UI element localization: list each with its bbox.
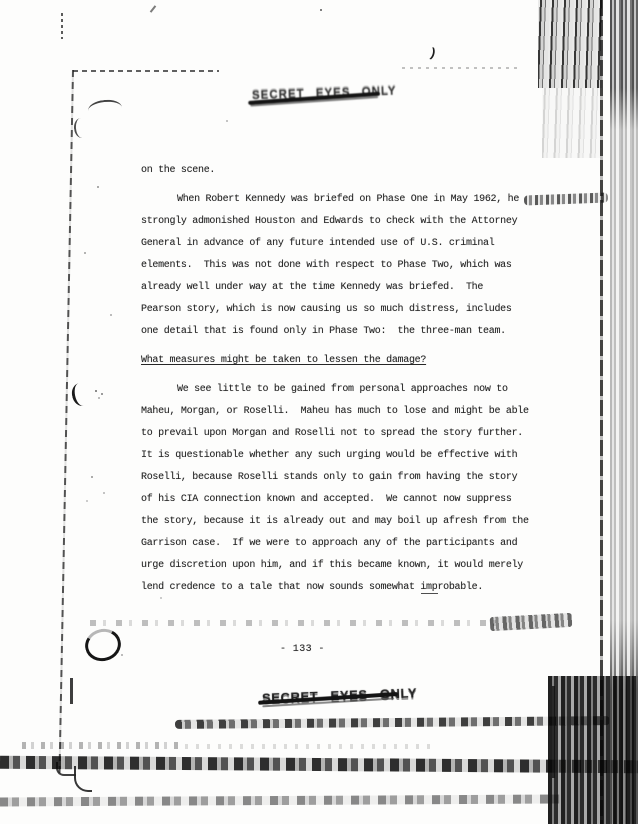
text-line — [141, 182, 561, 189]
text-line: We see little to be gained from personal… — [141, 379, 561, 401]
scan-mark-top-left — [61, 13, 63, 39]
text-line: the story, because it is already out and… — [141, 511, 561, 533]
scan-dot — [320, 9, 322, 11]
scan-band-fade — [610, 0, 638, 824]
classification-stamp-bottom: SECRET EYES ONLY — [262, 685, 418, 705]
scan-noise-right-upper — [542, 88, 600, 158]
page-edge-top-line-right — [402, 67, 518, 69]
page-edge-left-line — [58, 70, 74, 775]
text-line — [141, 343, 561, 350]
scan-tick-bottom-left — [70, 678, 73, 704]
scan-dots-bottom-mid — [185, 744, 435, 749]
margin-dots — [95, 390, 97, 392]
scan-scribble-bottom — [175, 716, 610, 729]
scan-noise-top-right — [538, 0, 602, 88]
classification-stamp-top: SECRET EYES ONLY — [252, 86, 397, 103]
scan-band-right-edge — [610, 0, 638, 824]
scan-dots-bottom-left — [22, 742, 182, 749]
page-number: - 133 - — [280, 644, 325, 655]
scan-speckles — [97, 186, 99, 188]
text-line: lend credence to a tale that now sounds … — [141, 577, 561, 599]
text-line: It is questionable whether any such urgi… — [141, 445, 561, 467]
scan-streak-middle — [90, 620, 502, 626]
margin-circle-mark — [81, 625, 124, 665]
text-line — [141, 372, 561, 379]
scan-streak-right-2 — [490, 613, 573, 631]
text-line: one detail that is found only in Phase T… — [141, 321, 561, 343]
text-line: elements. This was not done with respect… — [141, 255, 561, 277]
text-line: already well under way at the time Kenne… — [141, 277, 561, 299]
text-line: on the scene. — [141, 160, 561, 182]
margin-c-mark — [70, 381, 92, 407]
text-line: Maheu, Morgan, or Roselli. Maheu has muc… — [141, 401, 561, 423]
corner-paren-mark: ) — [429, 45, 437, 61]
page-edge-bottom-corner — [56, 762, 76, 776]
scan-vertical-line-bottom — [552, 686, 555, 778]
scan-band-bottom-2 — [0, 795, 560, 807]
page-edge-top-line — [73, 70, 219, 72]
document-body: on the scene.When Robert Kennedy was bri… — [141, 160, 561, 599]
scan-tick — [150, 5, 157, 13]
pen-arc-mark — [87, 98, 123, 119]
pen-curve-mark — [73, 117, 90, 138]
text-line: Garrison case. If we were to approach an… — [141, 533, 561, 555]
text-line: strongly admonished Houston and Edwards … — [141, 211, 561, 233]
text-line: Pearson story, which is now causing us s… — [141, 299, 561, 321]
text-line: General in advance of any future intende… — [141, 233, 561, 255]
text-line: What measures might be taken to lessen t… — [141, 350, 561, 372]
text-line: of his CIA connection known and accepted… — [141, 489, 561, 511]
scan-vertical-line-right — [600, 0, 603, 824]
scanned-document-page: ) SECRET EYES ONLY on the scene.When Rob… — [0, 0, 638, 824]
text-line: When Robert Kennedy was briefed on Phase… — [141, 189, 561, 211]
text-line: urge discretion upon him, and if this be… — [141, 555, 561, 577]
scan-blob-bottom-right — [548, 676, 638, 824]
margin-hook-mark — [74, 766, 92, 792]
text-line: to prevail upon Morgan and Roselli not t… — [141, 423, 561, 445]
text-line: Roselli, because Roselli stands only to … — [141, 467, 561, 489]
scan-band-bottom — [0, 756, 638, 773]
